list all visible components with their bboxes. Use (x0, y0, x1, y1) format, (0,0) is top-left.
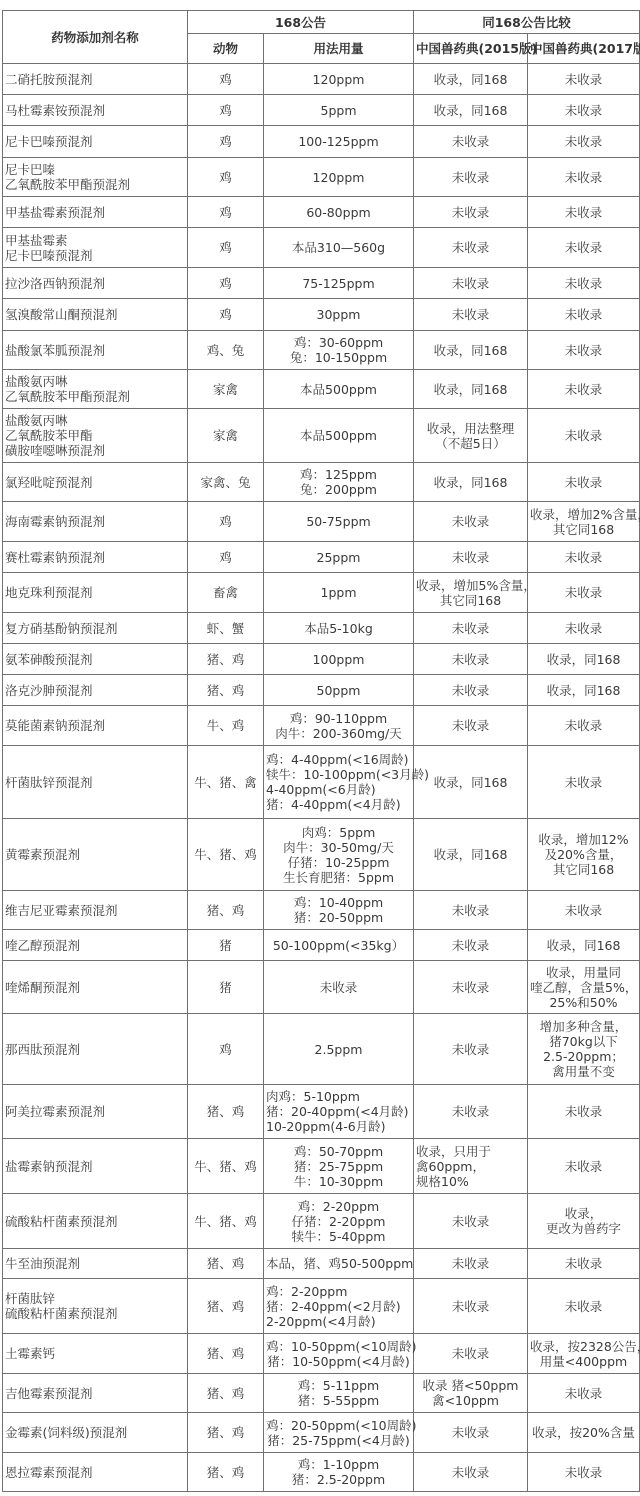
pharmacopoeia-2017-cell-line: 未收录 (530, 170, 637, 185)
drug-name-cell-line: 那西肽预混剂 (5, 1042, 185, 1057)
drug-name-cell-line: 甲基盐霉素预混剂 (5, 205, 185, 220)
pharmacopoeia-2015-cell-line: 未收录 (416, 1256, 525, 1271)
pharmacopoeia-2017-cell: 未收录 (528, 299, 640, 331)
table-row: 金霉素(饲料级)预混剂猪、鸡鸡：20-50ppm(<10周龄)猪：25-75pp… (3, 1413, 640, 1453)
drug-name-cell-line: 金霉素(饲料级)预混剂 (5, 1425, 185, 1440)
drug-name-cell: 杆菌肽锌硫酸粘杆菌素预混剂 (3, 1279, 188, 1334)
dosage-cell-line: 5ppm (266, 103, 411, 118)
drug-name-cell: 喹烯酮预混剂 (3, 961, 188, 1014)
dosage-cell-line: 鸡：5-11ppm (266, 1378, 411, 1393)
pharmacopoeia-2015-cell-line: 未收录 (416, 1465, 525, 1480)
pharmacopoeia-2017-cell-line: 未收录 (530, 382, 637, 397)
pharmacopoeia-2015-cell-line: 未收录 (416, 134, 525, 149)
pharmacopoeia-2015-cell: 收录，同168 (414, 370, 528, 409)
drug-name-cell: 赛杜霉素钠预混剂 (3, 542, 188, 573)
table-row: 拉沙洛西钠预混剂鸡75-125ppm未收录未收录 (3, 268, 640, 299)
dosage-cell-line: 生长育肥猪：5ppm (266, 870, 411, 885)
animal-cell: 猪、鸡 (188, 1279, 264, 1334)
pharmacopoeia-2015-cell: 未收录 (414, 930, 528, 961)
pharmacopoeia-2017-cell: 未收录 (528, 1249, 640, 1279)
dosage-cell: 100ppm (264, 644, 414, 675)
drug-name-cell: 盐霉素钠预混剂 (3, 1139, 188, 1194)
dosage-cell-line: 鸡：2-20ppm (266, 1199, 411, 1214)
dosage-cell-line: 仔猪：10-25ppm (266, 855, 411, 870)
dosage-cell-line: 未收录 (266, 980, 411, 995)
drug-name-cell-line: 乙氧酰胺苯甲酯预混剂 (5, 389, 185, 404)
pharmacopoeia-2015-cell: 未收录 (414, 1279, 528, 1334)
pharmacopoeia-2017-cell: 收录，按2328公告，用量<400ppm (528, 1334, 640, 1374)
table-row: 二硝托胺预混剂鸡120ppm收录，同168未收录 (3, 64, 640, 95)
dosage-cell: 本品310—560g (264, 228, 414, 268)
drug-name-cell-line: 尼卡巴嗪预混剂 (5, 134, 185, 149)
drug-name-cell-line: 尼卡巴嗪预混剂 (5, 248, 185, 263)
dosage-cell-line: 鸡：1-10ppm (266, 1457, 411, 1472)
dosage-cell: 120ppm (264, 158, 414, 197)
drug-name-cell-line: 尼卡巴嗪 (5, 162, 185, 177)
table-row: 盐霉素钠预混剂牛、猪、鸡鸡：50-70ppm猪：25-75ppm牛：10-30p… (3, 1139, 640, 1194)
drug-name-cell-line: 杆菌肽锌预混剂 (5, 775, 185, 790)
pharmacopoeia-2017-cell-line: 未收录 (530, 307, 637, 322)
table-row: 恩拉霉素预混剂猪、鸡鸡：1-10ppm猪：2.5-20ppm未收录未收录 (3, 1453, 640, 1492)
drug-name-cell-line: 海南霉素钠预混剂 (5, 514, 185, 529)
pharmacopoeia-2015-cell-line: 未收录 (416, 683, 525, 698)
pharmacopoeia-2015-cell-line: 收录，同168 (416, 775, 525, 790)
dosage-cell: 鸡：20-50ppm(<10周龄)猪：25-75ppm(<4月龄) (264, 1413, 414, 1453)
drug-name-cell-line: 喹乙醇预混剂 (5, 938, 185, 953)
pharmacopoeia-2017-cell-line: 未收录 (530, 1299, 637, 1314)
table-row: 氢溴酸常山酮预混剂鸡30ppm未收录未收录 (3, 299, 640, 331)
drug-name-cell-line: 黄霉素预混剂 (5, 847, 185, 862)
animal-cell: 牛、猪、禽 (188, 746, 264, 819)
dosage-cell-line: 猪：20-50ppm (266, 910, 411, 925)
pharmacopoeia-2017-cell: 未收录 (528, 463, 640, 502)
drug-name-cell-line: 盐霉素钠预混剂 (5, 1159, 185, 1174)
pharmacopoeia-2017-cell: 收录，同168 (528, 930, 640, 961)
dosage-cell-line: 30ppm (266, 307, 411, 322)
animal-cell: 鸡 (188, 502, 264, 542)
drug-name-cell: 牛至油预混剂 (3, 1249, 188, 1279)
animal-cell: 鸡 (188, 197, 264, 228)
pharmacopoeia-2017-cell-line: 未收录 (530, 1159, 637, 1174)
pharmacopoeia-2015-cell-line: 其它同168 (416, 593, 525, 608)
dosage-cell-line: 猪：2.5-20ppm (266, 1472, 411, 1487)
dosage-cell: 鸡：1-10ppm猪：2.5-20ppm (264, 1453, 414, 1492)
pharmacopoeia-2017-cell-line: 未收录 (530, 718, 637, 733)
dosage-cell: 1ppm (264, 573, 414, 613)
drug-name-cell: 阿美拉霉素预混剂 (3, 1085, 188, 1139)
drug-name-cell: 土霉素钙 (3, 1334, 188, 1374)
pharmacopoeia-2017-cell-line: 未收录 (530, 775, 637, 790)
pharmacopoeia-2017-cell: 未收录 (528, 228, 640, 268)
pharmacopoeia-2015-cell-line: 未收录 (416, 514, 525, 529)
table-row: 吉他霉素预混剂猪、鸡鸡：5-11ppm猪：5-55ppm收录 猪<50ppm禽<… (3, 1374, 640, 1413)
pharmacopoeia-2017-cell-line: 及20%含量， (530, 847, 637, 862)
pharmacopoeia-2015-cell: 收录，同168 (414, 819, 528, 891)
animal-cell: 猪、鸡 (188, 1249, 264, 1279)
drug-name-cell: 金霉素(饲料级)预混剂 (3, 1413, 188, 1453)
pharmacopoeia-2015-cell-line: 未收录 (416, 307, 525, 322)
drug-name-cell: 二硝托胺预混剂 (3, 64, 188, 95)
dosage-cell-line: 鸡：90-110ppm (266, 711, 411, 726)
dosage-cell-line: 鸡：10-50ppm(<10周龄) (266, 1339, 411, 1354)
pharmacopoeia-2015-cell: 未收录 (414, 299, 528, 331)
pharmacopoeia-2017-cell: 未收录 (528, 1279, 640, 1334)
animal-cell: 家禽 (188, 370, 264, 409)
pharmacopoeia-2017-cell-line: 未收录 (530, 1104, 637, 1119)
table-row: 盐酸氯苯胍预混剂鸡、兔鸡：30-60ppm兔：10-150ppm收录，同168未… (3, 331, 640, 370)
dosage-cell-line: 60-80ppm (266, 205, 411, 220)
drug-name-cell-line: 盐酸氨丙啉 (5, 374, 185, 389)
dosage-cell: 肉鸡：5ppm肉牛：30-50mg/天仔猪：10-25ppm生长育肥猪：5ppm (264, 819, 414, 891)
dosage-cell: 75-125ppm (264, 268, 414, 299)
dosage-cell-line: 肉鸡：5ppm (266, 825, 411, 840)
dosage-cell: 30ppm (264, 299, 414, 331)
animal-cell: 畜禽 (188, 573, 264, 613)
pharmacopoeia-2017-cell-line: 未收录 (530, 103, 637, 118)
dosage-cell: 鸡：10-40ppm猪：20-50ppm (264, 891, 414, 930)
pharmacopoeia-2015-cell: 收录，同168 (414, 331, 528, 370)
pharmacopoeia-2017-cell-line: 未收录 (530, 428, 637, 443)
drug-name-cell: 氯羟吡啶预混剂 (3, 463, 188, 502)
pharmacopoeia-2017-cell-line: 未收录 (530, 621, 637, 636)
drug-name-cell-line: 赛杜霉素钠预混剂 (5, 550, 185, 565)
drug-name-cell: 复方硝基酚钠预混剂 (3, 613, 188, 644)
pharmacopoeia-2017-cell-line: 禽用量不变 (530, 1064, 637, 1079)
dosage-cell-line: 猪：25-75ppm(<4月龄) (266, 1433, 411, 1448)
pharmacopoeia-2017-cell-line: 未收录 (530, 134, 637, 149)
drug-name-cell-line: 牛至油预混剂 (5, 1256, 185, 1271)
drug-name-cell: 地克珠利预混剂 (3, 573, 188, 613)
pharmacopoeia-2017-cell-line: 25%和50% (530, 995, 637, 1010)
pharmacopoeia-2017-cell: 未收录 (528, 197, 640, 228)
animal-cell: 家禽 (188, 409, 264, 463)
pharmacopoeia-2017-cell-line: 收录，增加12% (530, 832, 637, 847)
pharmacopoeia-2015-cell: 未收录 (414, 1413, 528, 1453)
pharmacopoeia-2017-cell-line: 喹乙醇，含量5%， (530, 980, 637, 995)
pharmacopoeia-2015-cell-line: 收录，同168 (416, 103, 525, 118)
pharmacopoeia-2017-cell: 未收录 (528, 331, 640, 370)
pharmacopoeia-2017-cell-line: 未收录 (530, 205, 637, 220)
dosage-cell: 60-80ppm (264, 197, 414, 228)
dosage-cell: 鸡：90-110ppm肉牛：200-360mg/天 (264, 706, 414, 746)
dosage-cell-line: 120ppm (266, 170, 411, 185)
pharmacopoeia-2015-cell: 收录 猪<50ppm禽<10ppm (414, 1374, 528, 1413)
pharmacopoeia-2015-cell-line: 收录，同168 (416, 343, 525, 358)
pharmacopoeia-2015-cell-line: 禽<10ppm (416, 1393, 525, 1408)
pharmacopoeia-2015-cell-line: 收录 猪<50ppm (416, 1378, 525, 1393)
pharmacopoeia-2017-cell: 未收录 (528, 1374, 640, 1413)
animal-cell: 鸡 (188, 95, 264, 126)
pharmacopoeia-2017-cell: 未收录 (528, 573, 640, 613)
drug-additive-comparison-table: 药物添加剂名称 168公告 同168公告比较 动物 用法用量 中国兽药典(201… (2, 10, 640, 1492)
pharmacopoeia-2017-cell-line: 收录，同168 (530, 683, 637, 698)
dosage-cell-line: 本品500ppm (266, 382, 411, 397)
pharmacopoeia-2017-cell: 收录，增加2%含量，其它同168 (528, 502, 640, 542)
drug-name-cell: 盐酸氨丙啉乙氧酰胺苯甲酯预混剂 (3, 370, 188, 409)
dosage-cell: 肉鸡：5-10ppm猪：20-40ppm(<4月龄)10-20ppm(4-6月龄… (264, 1085, 414, 1139)
drug-name-cell: 甲基盐霉素尼卡巴嗪预混剂 (3, 228, 188, 268)
dosage-cell-line: 本品，猪、鸡50-500ppm (266, 1256, 411, 1271)
animal-cell: 鸡 (188, 1014, 264, 1085)
table-row: 杆菌肽锌硫酸粘杆菌素预混剂猪、鸡鸡：2-20ppm猪：2-40ppm(<2月龄)… (3, 1279, 640, 1334)
dosage-cell: 120ppm (264, 64, 414, 95)
pharmacopoeia-2015-cell: 未收录 (414, 675, 528, 706)
dosage-cell-line: 犊牛：5-40ppm (266, 1229, 411, 1244)
dosage-cell-line: 鸡：20-50ppm(<10周龄) (266, 1418, 411, 1433)
dosage-cell-line: 鸡：125ppm (266, 467, 411, 482)
table-row: 维吉尼亚霉素预混剂猪、鸡鸡：10-40ppm猪：20-50ppm未收录未收录 (3, 891, 640, 930)
table-row: 喹乙醇预混剂猪50-100ppm(<35kg）未收录收录，同168 (3, 930, 640, 961)
animal-cell: 猪、鸡 (188, 1453, 264, 1492)
pharmacopoeia-2017-cell: 未收录 (528, 1139, 640, 1194)
pharmacopoeia-2015-cell: 未收录 (414, 613, 528, 644)
drug-name-cell: 马杜霉素铵预混剂 (3, 95, 188, 126)
header-group-168: 168公告 (188, 11, 414, 34)
pharmacopoeia-2015-cell: 未收录 (414, 126, 528, 158)
pharmacopoeia-2017-cell: 收录，同168 (528, 675, 640, 706)
animal-cell: 猪、鸡 (188, 675, 264, 706)
pharmacopoeia-2017-cell-line: 收录，按20%含量 (530, 1425, 637, 1440)
pharmacopoeia-2015-cell: 未收录 (414, 706, 528, 746)
table-row: 盐酸氨丙啉乙氧酰胺苯甲酯预混剂家禽本品500ppm收录，同168未收录 (3, 370, 640, 409)
drug-name-cell-line: 马杜霉素铵预混剂 (5, 103, 185, 118)
pharmacopoeia-2015-cell-line: 禽60ppm， (416, 1159, 525, 1174)
header-drug-name: 药物添加剂名称 (3, 11, 188, 64)
pharmacopoeia-2015-cell-line: 未收录 (416, 276, 525, 291)
drug-name-cell-line: 二硝托胺预混剂 (5, 72, 185, 87)
drug-name-cell-line: 硫酸粘杆菌素预混剂 (5, 1214, 185, 1229)
dosage-cell: 100-125ppm (264, 126, 414, 158)
pharmacopoeia-2017-cell: 未收录 (528, 542, 640, 573)
drug-name-cell: 喹乙醇预混剂 (3, 930, 188, 961)
pharmacopoeia-2015-cell: 收录，同168 (414, 746, 528, 819)
dosage-cell: 鸡：10-50ppm(<10周龄)猪：10-50ppm(<4月龄) (264, 1334, 414, 1374)
dosage-cell-line: 120ppm (266, 72, 411, 87)
dosage-cell-line: 猪：20-40ppm(<4月龄) (266, 1104, 411, 1119)
pharmacopoeia-2015-cell: 未收录 (414, 502, 528, 542)
table-row: 土霉素钙猪、鸡鸡：10-50ppm(<10周龄)猪：10-50ppm(<4月龄)… (3, 1334, 640, 1374)
dosage-cell: 50ppm (264, 675, 414, 706)
dosage-cell-line: 1ppm (266, 585, 411, 600)
pharmacopoeia-2017-cell-line: 收录，按2328公告， (530, 1339, 637, 1354)
pharmacopoeia-2015-cell-line: 未收录 (416, 170, 525, 185)
pharmacopoeia-2017-cell: 未收录 (528, 158, 640, 197)
pharmacopoeia-2015-cell-line: 收录，只用于 (416, 1144, 525, 1159)
drug-name-cell: 尼卡巴嗪乙氧酰胺苯甲酯预混剂 (3, 158, 188, 197)
pharmacopoeia-2015-cell-line: 未收录 (416, 652, 525, 667)
pharmacopoeia-2017-cell-line: 收录，同168 (530, 938, 637, 953)
pharmacopoeia-2015-cell: 收录，同168 (414, 95, 528, 126)
dosage-cell-line: 猪：5-55ppm (266, 1393, 411, 1408)
pharmacopoeia-2017-cell: 未收录 (528, 126, 640, 158)
table-row: 洛克沙胂预混剂猪、鸡50ppm未收录收录，同168 (3, 675, 640, 706)
pharmacopoeia-2017-cell-line: 未收录 (530, 1386, 637, 1401)
drug-name-cell-line: 甲基盐霉素 (5, 233, 185, 248)
pharmacopoeia-2015-cell-line: （不超5日） (416, 436, 525, 451)
pharmacopoeia-2015-cell-line: 收录，同168 (416, 72, 525, 87)
animal-cell: 鸡 (188, 299, 264, 331)
dosage-cell: 2.5ppm (264, 1014, 414, 1085)
table-row: 那西肽预混剂鸡2.5ppm未收录增加多种含量，猪70kg以下2.5-20ppm；… (3, 1014, 640, 1085)
table-row: 尼卡巴嗪乙氧酰胺苯甲酯预混剂鸡120ppm未收录未收录 (3, 158, 640, 197)
dosage-cell-line: 50-75ppm (266, 514, 411, 529)
pharmacopoeia-2015-cell: 未收录 (414, 1249, 528, 1279)
dosage-cell-line: 鸡：50-70ppm (266, 1144, 411, 1159)
table-row: 海南霉素钠预混剂鸡50-75ppm未收录收录，增加2%含量，其它同168 (3, 502, 640, 542)
pharmacopoeia-2017-cell: 未收录 (528, 370, 640, 409)
drug-name-cell-line: 阿美拉霉素预混剂 (5, 1104, 185, 1119)
pharmacopoeia-2015-cell-line: 未收录 (416, 1042, 525, 1057)
animal-cell: 牛、鸡 (188, 706, 264, 746)
pharmacopoeia-2017-cell-line: 更改为兽药字 (530, 1221, 637, 1236)
dosage-cell: 未收录 (264, 961, 414, 1014)
dosage-cell-line: 犊牛：10-100ppm(<3月龄) (266, 767, 411, 782)
drug-name-cell-line: 磺胺喹噁啉预混剂 (5, 443, 185, 458)
drug-name-cell: 氨苯砷酸预混剂 (3, 644, 188, 675)
animal-cell: 猪、鸡 (188, 891, 264, 930)
table-body: 二硝托胺预混剂鸡120ppm收录，同168未收录马杜霉素铵预混剂鸡5ppm收录，… (3, 64, 640, 1492)
drug-name-cell: 恩拉霉素预混剂 (3, 1453, 188, 1492)
pharmacopoeia-2015-cell-line: 收录，增加5%含量， (416, 578, 525, 593)
animal-cell: 猪 (188, 961, 264, 1014)
dosage-cell-line: 猪：10-50ppm(<4月龄) (266, 1354, 411, 1369)
dosage-cell-line: 猪：25-75ppm (266, 1159, 411, 1174)
animal-cell: 鸡 (188, 268, 264, 299)
animal-cell: 鸡 (188, 228, 264, 268)
header-dosage: 用法用量 (264, 34, 414, 64)
drug-name-cell: 海南霉素钠预混剂 (3, 502, 188, 542)
dosage-cell-line: 兔：200ppm (266, 482, 411, 497)
pharmacopoeia-2015-cell-line: 未收录 (416, 980, 525, 995)
dosage-cell-line: 100-125ppm (266, 134, 411, 149)
pharmacopoeia-2015-cell-line: 未收录 (416, 718, 525, 733)
drug-name-cell-line: 杆菌肽锌 (5, 1291, 185, 1306)
table-row: 喹烯酮预混剂猪未收录未收录收录，用量同喹乙醇，含量5%，25%和50% (3, 961, 640, 1014)
header-animal: 动物 (188, 34, 264, 64)
pharmacopoeia-2017-cell: 未收录 (528, 1085, 640, 1139)
pharmacopoeia-2015-cell-line: 未收录 (416, 205, 525, 220)
animal-cell: 鸡 (188, 158, 264, 197)
animal-cell: 牛、猪、鸡 (188, 819, 264, 891)
pharmacopoeia-2015-cell-line: 未收录 (416, 621, 525, 636)
drug-name-cell: 盐酸氯苯胍预混剂 (3, 331, 188, 370)
dosage-cell-line: 牛：10-30ppm (266, 1174, 411, 1189)
pharmacopoeia-2015-cell-line: 未收录 (416, 1104, 525, 1119)
dosage-cell-line: 猪：4-40ppm(<4月龄) (266, 797, 411, 812)
pharmacopoeia-2015-cell-line: 规格10% (416, 1174, 525, 1189)
pharmacopoeia-2015-cell-line: 未收录 (416, 903, 525, 918)
table-row: 氨苯砷酸预混剂猪、鸡100ppm未收录收录，同168 (3, 644, 640, 675)
animal-cell: 牛、猪、鸡 (188, 1139, 264, 1194)
dosage-cell-line: 鸡：2-20ppm (266, 1284, 411, 1299)
animal-cell: 鸡 (188, 64, 264, 95)
dosage-cell-line: 肉牛：30-50mg/天 (266, 840, 411, 855)
table-row: 尼卡巴嗪预混剂鸡100-125ppm未收录未收录 (3, 126, 640, 158)
pharmacopoeia-2015-cell: 未收录 (414, 268, 528, 299)
pharmacopoeia-2017-cell: 未收录 (528, 891, 640, 930)
pharmacopoeia-2017-cell: 未收录 (528, 95, 640, 126)
table-row: 马杜霉素铵预混剂鸡5ppm收录，同168未收录 (3, 95, 640, 126)
drug-name-cell: 莫能菌素钠预混剂 (3, 706, 188, 746)
dosage-cell: 鸡：2-20ppm仔猪：2-20ppm犊牛：5-40ppm (264, 1194, 414, 1249)
animal-cell: 猪、鸡 (188, 644, 264, 675)
drug-name-cell-line: 恩拉霉素预混剂 (5, 1465, 185, 1480)
pharmacopoeia-2015-cell: 未收录 (414, 228, 528, 268)
pharmacopoeia-2017-cell: 未收录 (528, 1453, 640, 1492)
dosage-cell: 25ppm (264, 542, 414, 573)
drug-name-cell: 杆菌肽锌预混剂 (3, 746, 188, 819)
pharmacopoeia-2015-cell-line: 未收录 (416, 1425, 525, 1440)
drug-name-cell: 硫酸粘杆菌素预混剂 (3, 1194, 188, 1249)
drug-name-cell-line: 乙氧酰胺苯甲酯预混剂 (5, 177, 185, 192)
table-row: 莫能菌素钠预混剂牛、鸡鸡：90-110ppm肉牛：200-360mg/天未收录未… (3, 706, 640, 746)
dosage-cell-line: 50-100ppm(<35kg） (266, 938, 411, 953)
drug-name-cell: 黄霉素预混剂 (3, 819, 188, 891)
table-row: 黄霉素预混剂牛、猪、鸡肉鸡：5ppm肉牛：30-50mg/天仔猪：10-25pp… (3, 819, 640, 891)
dosage-cell: 本品5-10kg (264, 613, 414, 644)
animal-cell: 鸡 (188, 126, 264, 158)
animal-cell: 猪 (188, 930, 264, 961)
drug-name-cell-line: 硫酸粘杆菌素预混剂 (5, 1306, 185, 1321)
drug-name-cell-line: 复方硝基酚钠预混剂 (5, 621, 185, 636)
dosage-cell-line: 100ppm (266, 652, 411, 667)
table-row: 阿美拉霉素预混剂猪、鸡肉鸡：5-10ppm猪：20-40ppm(<4月龄)10-… (3, 1085, 640, 1139)
drug-name-cell-line: 氯羟吡啶预混剂 (5, 475, 185, 490)
pharmacopoeia-2015-cell: 收录，用法整理（不超5日） (414, 409, 528, 463)
dosage-cell-line: 本品5-10kg (266, 621, 411, 636)
drug-name-cell-line: 氢溴酸常山酮预混剂 (5, 307, 185, 322)
pharmacopoeia-2015-cell: 未收录 (414, 1085, 528, 1139)
pharmacopoeia-2017-cell-line: 收录，同168 (530, 652, 637, 667)
pharmacopoeia-2015-cell-line: 未收录 (416, 1299, 525, 1314)
pharmacopoeia-2015-cell-line: 未收录 (416, 938, 525, 953)
table-row: 地克珠利预混剂畜禽1ppm收录，增加5%含量，其它同168未收录 (3, 573, 640, 613)
dosage-cell: 50-100ppm(<35kg） (264, 930, 414, 961)
pharmacopoeia-2017-cell-line: 收录， (530, 1206, 637, 1221)
animal-cell: 猪、鸡 (188, 1374, 264, 1413)
pharmacopoeia-2017-cell-line: 未收录 (530, 475, 637, 490)
pharmacopoeia-2015-cell: 未收录 (414, 1014, 528, 1085)
pharmacopoeia-2015-cell-line: 未收录 (416, 240, 525, 255)
dosage-cell-line: 75-125ppm (266, 276, 411, 291)
pharmacopoeia-2015-cell: 未收录 (414, 644, 528, 675)
pharmacopoeia-2015-cell-line: 收录，用法整理 (416, 421, 525, 436)
dosage-cell: 鸡：4-40ppm(<16周龄)犊牛：10-100ppm(<3月龄)4-40pp… (264, 746, 414, 819)
table-row: 赛杜霉素钠预混剂鸡25ppm未收录未收录 (3, 542, 640, 573)
pharmacopoeia-2017-cell: 收录，更改为兽药字 (528, 1194, 640, 1249)
drug-name-cell-line: 乙氧酰胺苯甲酯 (5, 428, 185, 443)
pharmacopoeia-2017-cell: 收录，用量同喹乙醇，含量5%，25%和50% (528, 961, 640, 1014)
dosage-cell-line: 仔猪：2-20ppm (266, 1214, 411, 1229)
pharmacopoeia-2017-cell-line: 未收录 (530, 585, 637, 600)
pharmacopoeia-2017-cell-line: 2.5-20ppm； (530, 1049, 637, 1064)
dosage-cell: 本品，猪、鸡50-500ppm (264, 1249, 414, 1279)
dosage-cell-line: 2-20ppm(<4月龄) (266, 1314, 411, 1329)
table-row: 盐酸氨丙啉乙氧酰胺苯甲酯磺胺喹噁啉预混剂家禽本品500ppm收录，用法整理（不超… (3, 409, 640, 463)
dosage-cell-line: 肉鸡：5-10ppm (266, 1089, 411, 1104)
drug-name-cell: 尼卡巴嗪预混剂 (3, 126, 188, 158)
dosage-cell: 本品500ppm (264, 370, 414, 409)
pharmacopoeia-2017-cell: 收录，同168 (528, 644, 640, 675)
dosage-cell: 鸡：30-60ppm兔：10-150ppm (264, 331, 414, 370)
dosage-cell-line: 50ppm (266, 683, 411, 698)
pharmacopoeia-2015-cell-line: 收录，同168 (416, 847, 525, 862)
dosage-cell-line: 25ppm (266, 550, 411, 565)
dosage-cell: 5ppm (264, 95, 414, 126)
dosage-cell-line: 本品500ppm (266, 428, 411, 443)
drug-name-cell-line: 盐酸氨丙啉 (5, 413, 185, 428)
header-pharmacopoeia-2015: 中国兽药典(2015版) (414, 34, 528, 64)
